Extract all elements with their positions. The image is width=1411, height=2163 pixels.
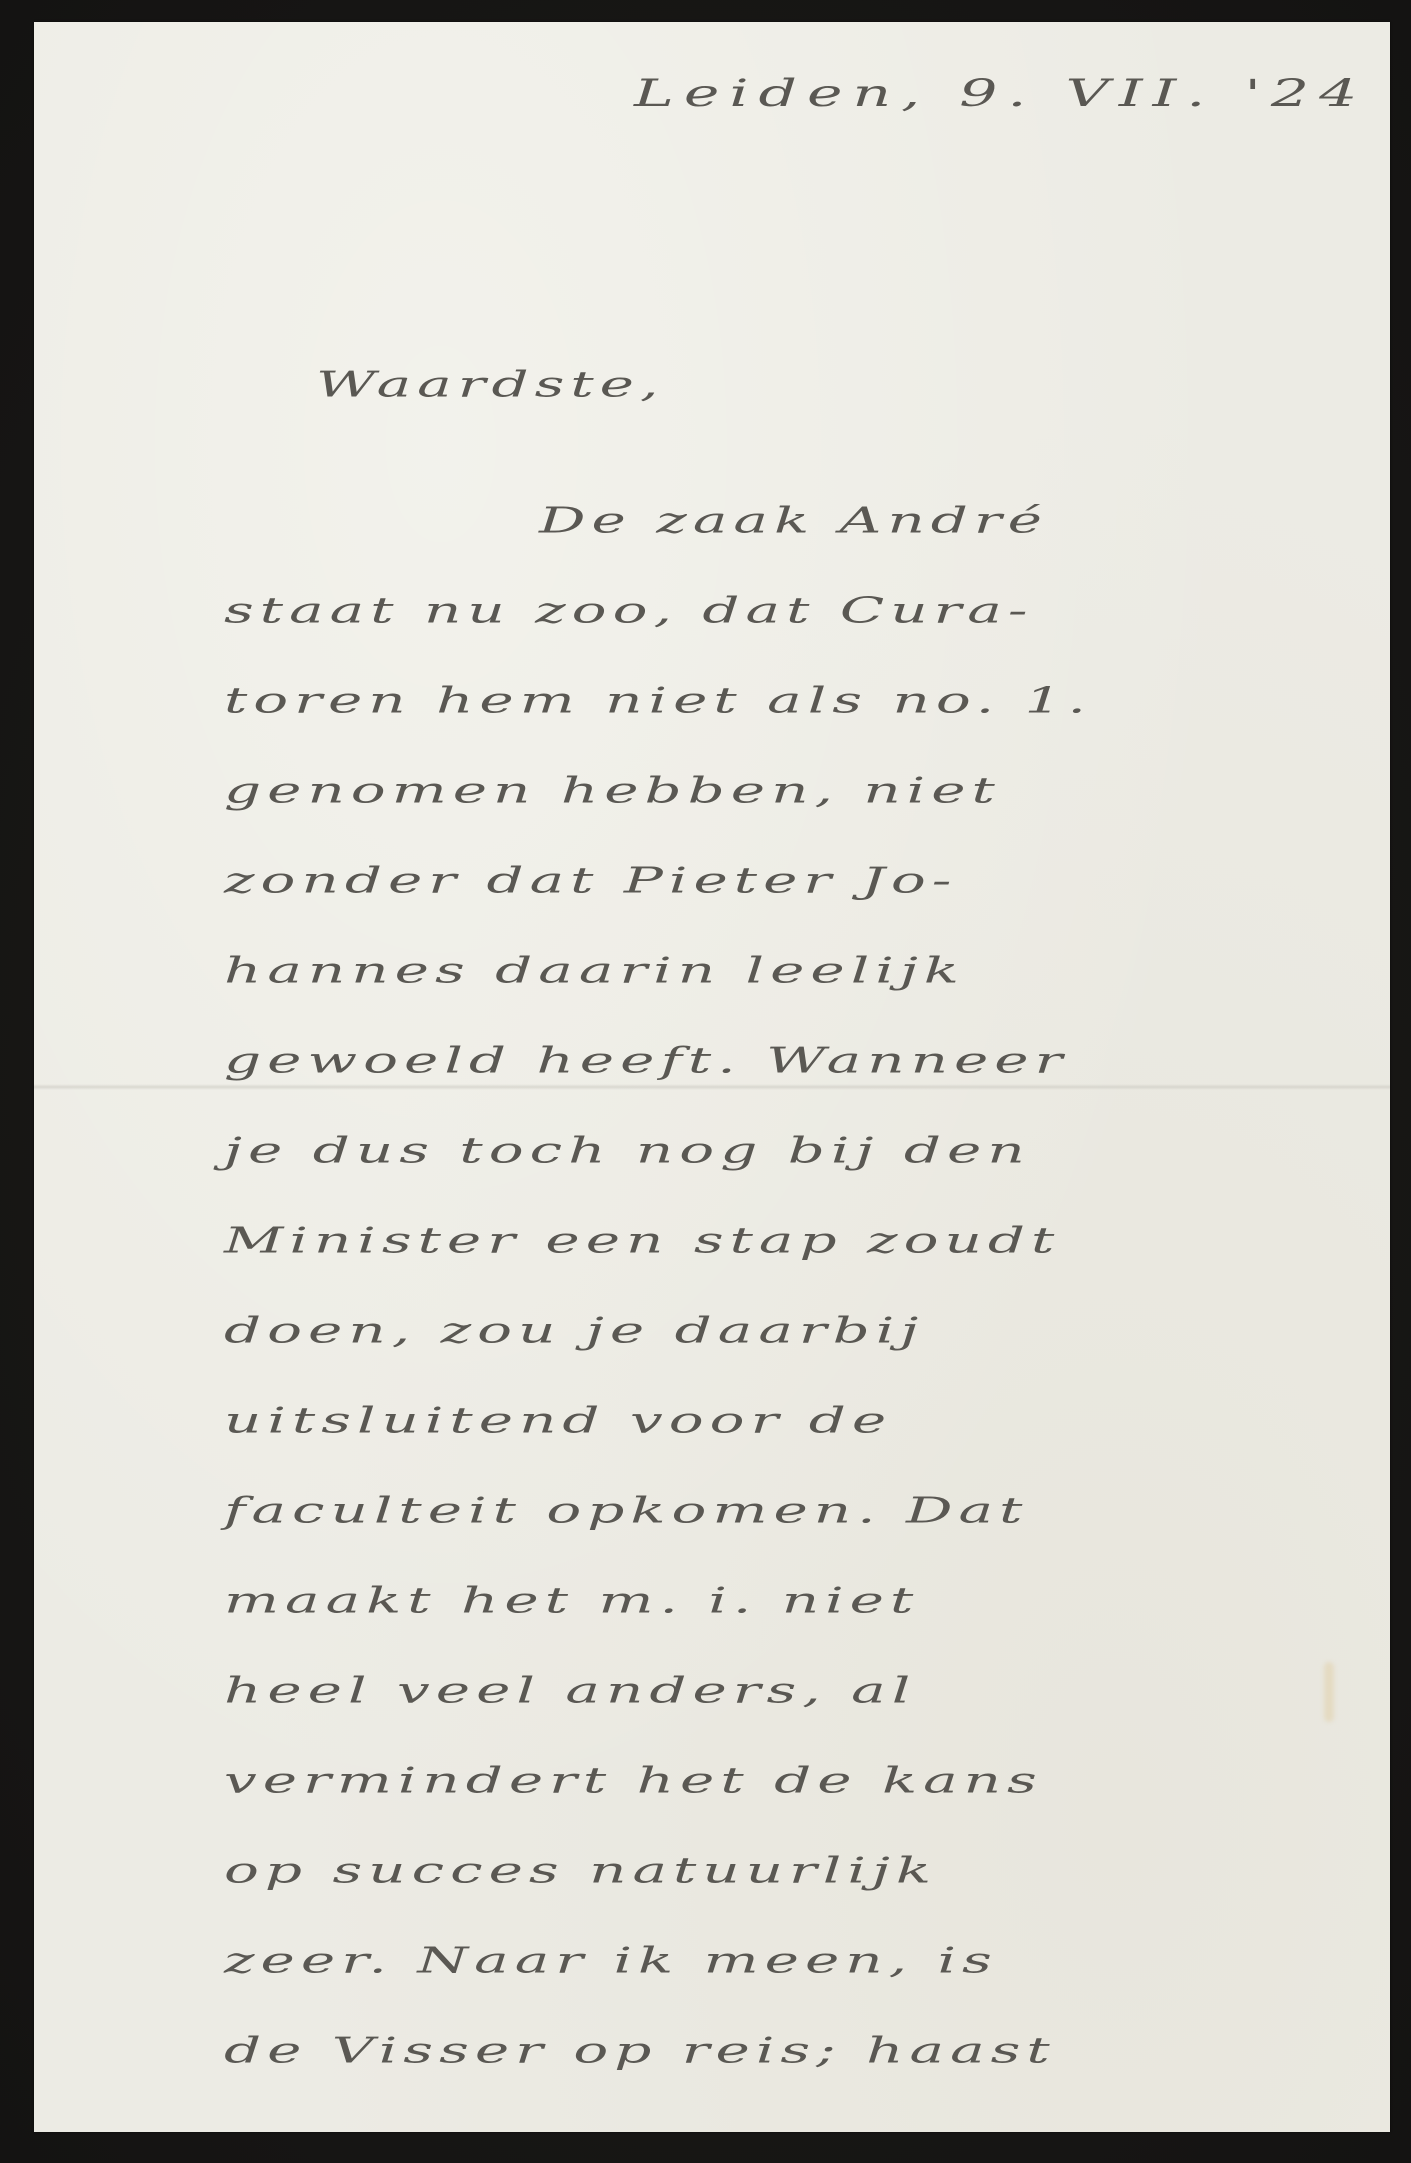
body-line: zonder dat Pieter Jo- [224, 862, 957, 898]
body-line: maakt het m. i. niet [224, 1582, 919, 1618]
body-line: Minister een stap zoudt [224, 1222, 1060, 1258]
body-line: heel veel anders, al [224, 1672, 916, 1708]
body-line: de Visser op reis; haast [224, 2032, 1056, 2068]
letter-place-date: Leiden, 9. VII. '24 [634, 75, 1367, 112]
body-line: hannes daarin leelijk [224, 952, 965, 988]
body-line: zeer. Naar ik meen, is [224, 1942, 998, 1978]
body-line: staat nu zoo, dat Cura- [224, 592, 1033, 628]
body-line: je dus toch nog bij den [224, 1132, 1031, 1168]
body-line: op succes natuurlijk [224, 1852, 937, 1888]
body-line: De zaak André [539, 502, 1048, 538]
body-line: gewoeld heeft. Wanneer [224, 1042, 1068, 1078]
body-line: faculteit opkomen. Dat [224, 1492, 1028, 1528]
paper-fold-line [34, 1084, 1390, 1090]
letter-salutation: Waardste, [316, 366, 664, 402]
body-line: vermindert het de kans [224, 1762, 1043, 1798]
body-line: genomen hebben, niet [224, 772, 1001, 808]
body-line: uitsluitend voor de [224, 1402, 892, 1438]
body-line: doen, zou je daarbij [224, 1312, 924, 1348]
letter-page: Leiden, 9. VII. '24 Waardste, De zaak An… [34, 22, 1390, 2132]
body-line: toren hem niet als no. 1. [224, 682, 1092, 718]
paper-stain [1324, 1662, 1334, 1722]
